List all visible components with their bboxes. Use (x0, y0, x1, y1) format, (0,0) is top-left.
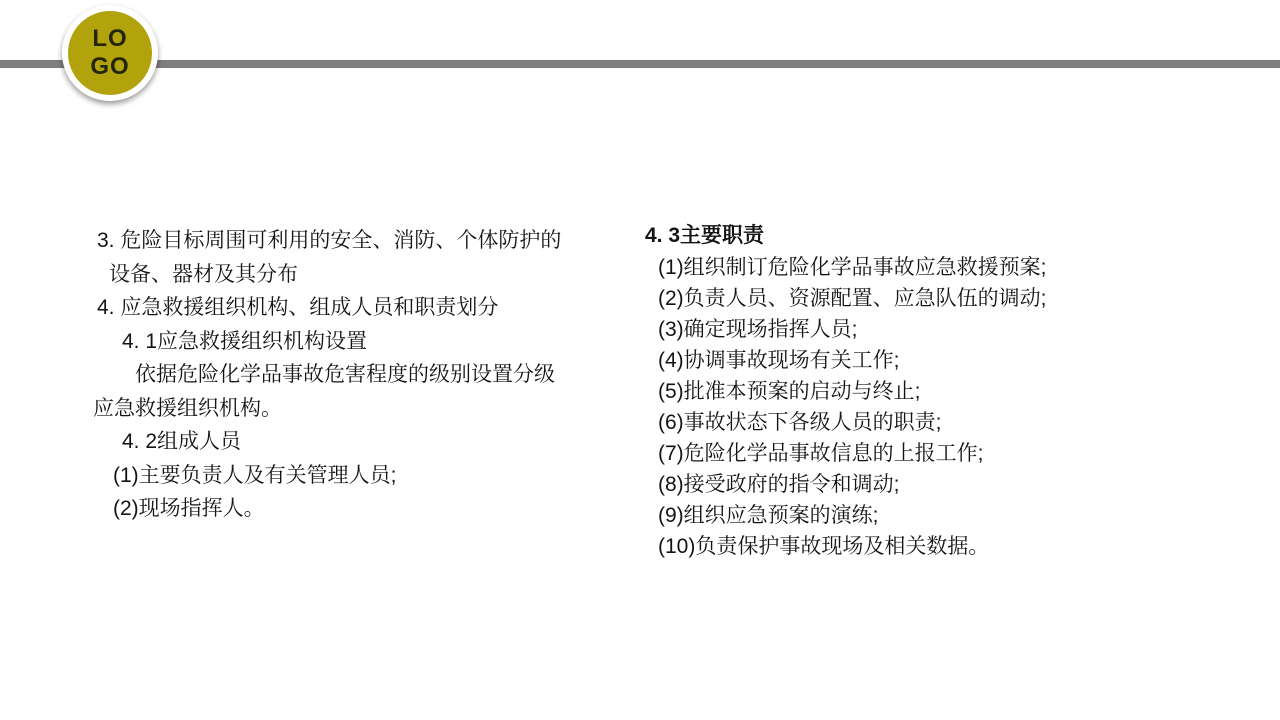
left-line-7: 4. 2组成人员 (122, 425, 613, 459)
left-line-8: (1)主要负责人及有关管理人员; (113, 459, 613, 493)
left-text-column: 3. 危险目标周围可利用的安全、消防、个体防护的 设备、器材及其分布 4. 应急… (93, 224, 613, 526)
duty-item-3: (3)确定现场指挥人员; (658, 314, 1125, 345)
duty-item-5: (5)批准本预案的启动与终止; (658, 376, 1125, 407)
left-line-5: 依据危险化学品事故危害程度的级别设置分级 (135, 358, 613, 392)
right-text-column: 4. 3主要职责 (1)组织制订危险化学品事故应急救援预案; (2)负责人员、资… (645, 220, 1125, 562)
left-line-9: (2)现场指挥人。 (113, 492, 613, 526)
duty-item-6: (6)事故状态下各级人员的职责; (658, 407, 1125, 438)
duty-item-1: (1)组织制订危险化学品事故应急救援预案; (658, 252, 1125, 283)
duty-item-8: (8)接受政府的指令和调动; (658, 469, 1125, 500)
logo-text-line2: GO (90, 53, 129, 81)
left-line-1: 3. 危险目标周围可利用的安全、消防、个体防护的 (97, 224, 613, 258)
left-line-4: 4. 1应急救援组织机构设置 (122, 325, 613, 359)
logo-text-line1: LO (92, 25, 127, 53)
left-line-2: 设备、器材及其分布 (109, 258, 613, 292)
left-line-3: 4. 应急救援组织机构、组成人员和职责划分 (97, 291, 613, 325)
duty-item-4: (4)协调事故现场有关工作; (658, 345, 1125, 376)
duty-item-9: (9)组织应急预案的演练; (658, 500, 1125, 531)
duty-item-10: (10)负责保护事故现场及相关数据。 (658, 531, 1125, 562)
right-column-heading: 4. 3主要职责 (645, 220, 1125, 252)
duty-item-2: (2)负责人员、资源配置、应急队伍的调动; (658, 283, 1125, 314)
duty-item-7: (7)危险化学品事故信息的上报工作; (658, 438, 1125, 469)
logo-medallion: LO GO (62, 5, 158, 101)
top-divider-rule (0, 60, 1280, 68)
left-line-6: 应急救援组织机构。 (93, 392, 613, 426)
